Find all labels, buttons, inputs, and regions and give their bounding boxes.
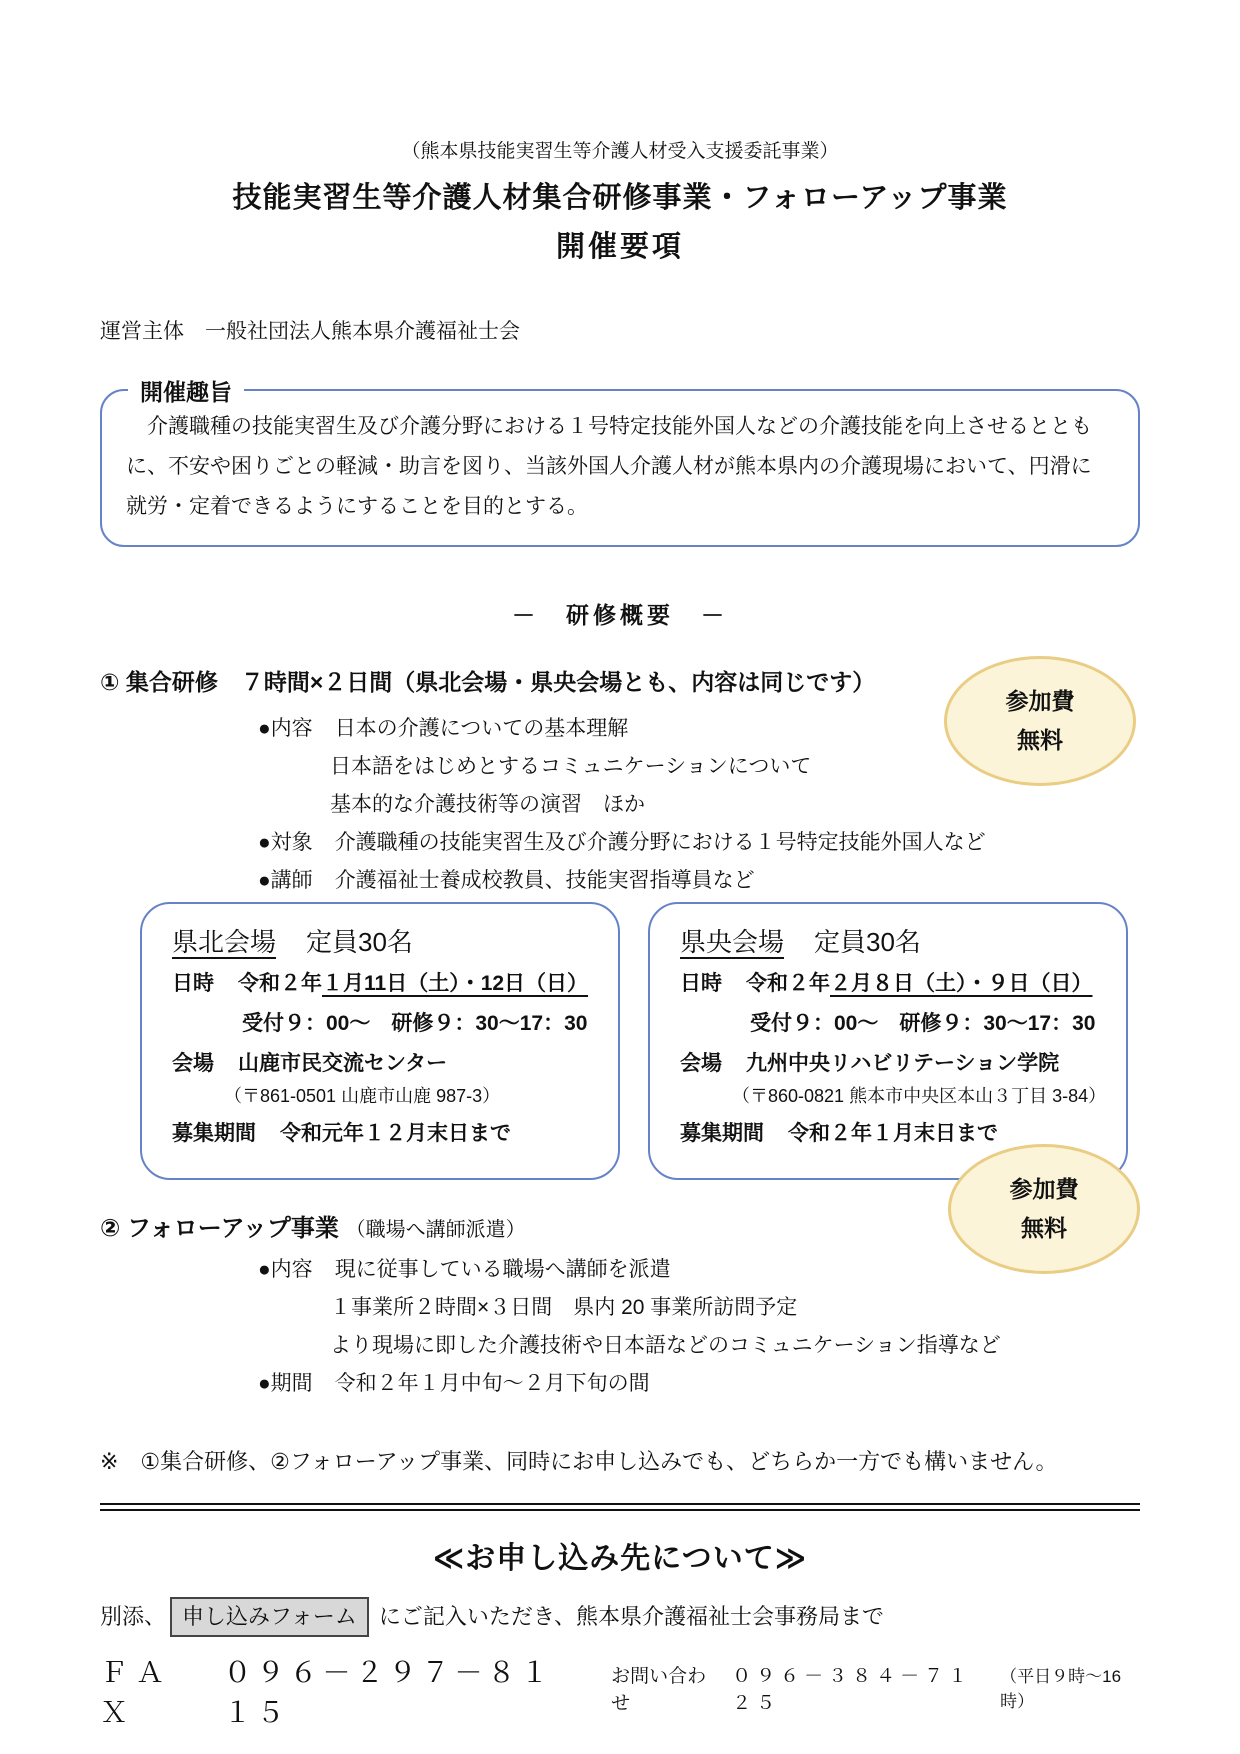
datetime-dates: ２月８日（土）・９日（日）: [830, 972, 1093, 995]
lecturer-text: 介護福祉士養成校教員、技能実習指導員など: [335, 869, 755, 892]
application-heading: ≪お申し込み先について≫: [0, 1533, 1240, 1577]
venue-central-capacity: 定員30名: [814, 927, 921, 957]
target-text: 介護職種の技能実習生及び介護分野における１号特定技能外国人など: [335, 831, 986, 854]
venue-north-capacity: 定員30名: [306, 927, 413, 957]
followup-heading-main: ② フォローアップ事業: [100, 1215, 339, 1242]
fee-badge-line2: 無料: [1021, 1209, 1067, 1248]
note-line: ※ ①集合研修、②フォローアップ事業、同時にお申し込みでも、どちらか一方でも構い…: [100, 1447, 1140, 1477]
purpose-box: 開催趣旨 介護職種の技能実習生及び介護分野における１号特定技能外国人などの介護技…: [100, 389, 1140, 547]
followup-period-text: 令和２年１月中旬～２月下旬の間: [335, 1372, 650, 1395]
operator-line: 運営主体 一般社団法人熊本県介護福祉士会: [100, 315, 1140, 345]
document-page: （熊本県技能実習生等介護人材受入支援委託事業） 技能実習生等介護人材集合研修事業…: [0, 0, 1240, 1754]
purpose-label: 開催趣旨: [128, 374, 244, 407]
venue-central-reception-row: 受付９：00～ 研修９：30～17：30: [750, 1010, 1118, 1038]
venue-central-datetime-row: 日時令和２年２月８日（土）・９日（日）: [680, 970, 1118, 998]
venue-north-datetime-row: 日時令和２年１月11日（土）・12日（日）: [172, 970, 610, 998]
fee-badge-line2: 無料: [1017, 721, 1063, 760]
inquiry-number: ０９６－３８４－７１２５: [732, 1661, 992, 1715]
fax-contact-line: ＦＡＸ ０９６－２９７－８１１５ お問い合わせ ０９６－３８４－７１２５ （平日…: [100, 1651, 1140, 1731]
venue-place-name: 山鹿市民交流センター: [238, 1052, 447, 1075]
fee-badge-line1: 参加費: [1006, 682, 1075, 721]
training-lecturer-row: ●講師介護福祉士養成校教員、技能実習指導員など: [258, 866, 1140, 896]
venue-place-name: 九州中央リハビリテーション学院: [746, 1052, 1059, 1075]
venue-central-address: （〒860-0821 熊本市中央区本山３丁目 3-84）: [732, 1084, 1118, 1108]
venue-north-name: 県北会場: [172, 927, 276, 957]
venue-box-north: 県北会場定員30名 日時令和２年１月11日（土）・12日（日） 受付９：00～ …: [140, 902, 620, 1180]
document-title: 技能実習生等介護人材集合研修事業・フォローアップ事業: [0, 175, 1240, 216]
venue-north-period-row: 募集期間令和元年１２月末日まで: [172, 1120, 610, 1148]
application-suffix: にご記入いただき、熊本県介護福祉士会事務局まで: [379, 1604, 884, 1629]
venue-box-central: 県央会場定員30名 日時令和２年２月８日（土）・９日（日） 受付９：00～ 研修…: [648, 902, 1128, 1180]
venue-boxes: 県北会場定員30名 日時令和２年１月11日（土）・12日（日） 受付９：00～ …: [140, 902, 1240, 1180]
fee-free-badge-1: 参加費 無料: [944, 656, 1136, 786]
venue-north-address: （〒861-0501 山鹿市山鹿 987-3）: [224, 1084, 610, 1108]
datetime-prefix: 令和２年: [238, 972, 322, 995]
followup-content-line-1: 現に従事している職場へ講師を派遣: [335, 1258, 671, 1281]
followup-content-line-2: １事業所２時間×３日間 県内 20 事業所訪問予定: [330, 1293, 1140, 1323]
application-form-chip: 申し込みフォーム: [170, 1597, 369, 1637]
fee-badge-line1: 参加費: [1010, 1170, 1079, 1209]
lecturer-bullet-label: ●講師: [258, 869, 313, 892]
venue-central-place-row: 会場九州中央リハビリテーション学院: [680, 1050, 1118, 1078]
datetime-prefix: 令和２年: [746, 972, 830, 995]
datetime-label: 日時: [680, 972, 722, 995]
venue-north-place-row: 会場山鹿市民交流センター: [172, 1050, 610, 1078]
venue-north-reception-row: 受付９：00～ 研修９：30～17：30: [242, 1010, 610, 1038]
inquiry-label: お問い合わせ: [611, 1661, 714, 1715]
application-instruction-line: 別添、申し込みフォームにご記入いただき、熊本県介護福祉士会事務局まで: [100, 1597, 1140, 1637]
inquiry-hours: （平日９時～16時）: [1000, 1662, 1140, 1712]
venue-central-name: 県央会場: [680, 927, 784, 957]
venue-north-title: 県北会場定員30名: [172, 926, 610, 958]
followup-content-line-3: より現場に即した介護技術や日本語などのコミュニケーション指導など: [330, 1331, 1140, 1361]
period-bullet-label: ●期間: [258, 1372, 313, 1395]
fax-label: ＦＡＸ: [100, 1651, 198, 1731]
followup-period-row: ●期間令和２年１月中旬～２月下旬の間: [258, 1369, 1140, 1399]
top-note: （熊本県技能実習生等介護人材受入支援委託事業）: [0, 0, 1240, 163]
venue-label: 会場: [172, 1052, 214, 1075]
content-line-1: 日本の介護についての基本理解: [335, 717, 629, 740]
fax-number: ０９６－２９７－８１１５: [224, 1651, 582, 1731]
content-line-3: 基本的な介護技術等の演習 ほか: [330, 790, 1140, 820]
target-bullet-label: ●対象: [258, 831, 313, 854]
content-bullet-label: ●内容: [258, 717, 313, 740]
double-rule-divider: [100, 1503, 1140, 1511]
period-text: 令和２年１月末日まで: [788, 1122, 998, 1145]
period-label: 募集期間: [680, 1122, 764, 1145]
purpose-body: 介護職種の技能実習生及び介護分野における１号特定技能外国人などの介護技能を向上さ…: [126, 407, 1112, 527]
datetime-label: 日時: [172, 972, 214, 995]
fee-free-badge-2: 参加費 無料: [948, 1144, 1140, 1274]
application-prefix: 別添、: [100, 1604, 166, 1629]
content-bullet-label: ●内容: [258, 1258, 313, 1281]
period-text: 令和元年１２月末日まで: [280, 1122, 511, 1145]
venue-label: 会場: [680, 1052, 722, 1075]
document-subtitle: 開催要項: [0, 224, 1240, 265]
overview-heading: － 研修概要 －: [0, 597, 1240, 630]
datetime-dates: １月11日（土）・12日（日）: [322, 972, 588, 995]
followup-heading-sub: （職場へ講師派遣）: [346, 1219, 526, 1241]
period-label: 募集期間: [172, 1122, 256, 1145]
venue-central-title: 県央会場定員30名: [680, 926, 1118, 958]
training-target-row: ●対象介護職種の技能実習生及び介護分野における１号特定技能外国人など: [258, 828, 1140, 858]
